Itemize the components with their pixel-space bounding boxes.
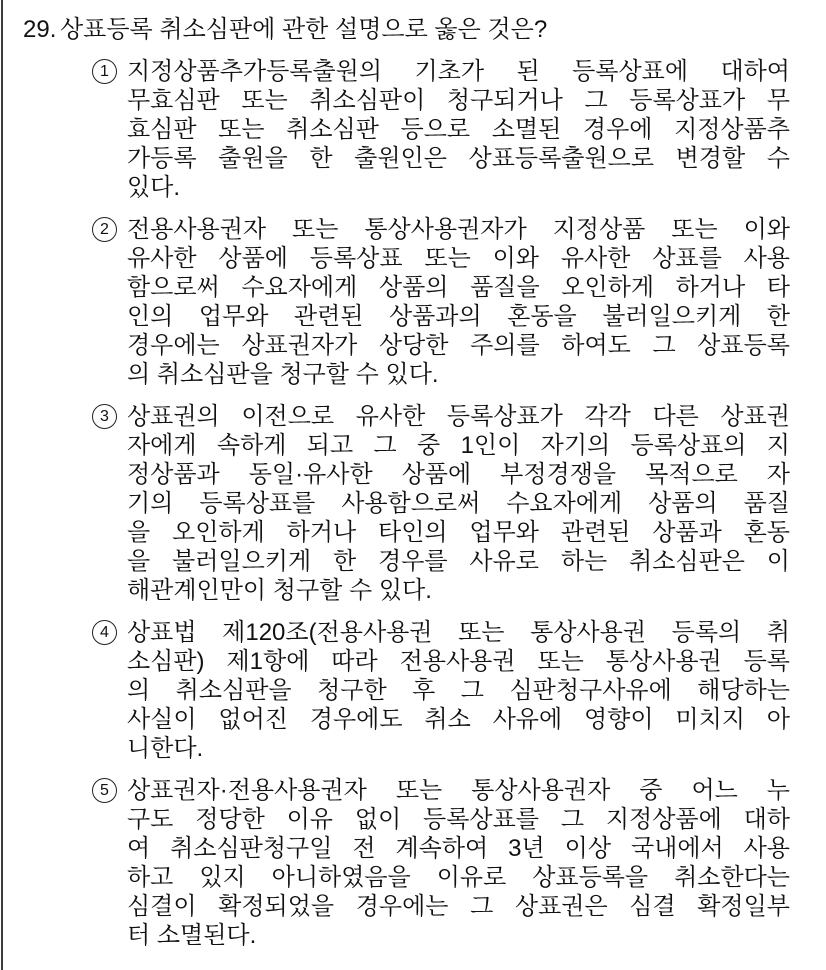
option-text-line: 무효심판 또는 취소심판이 청구되거나 그 등록상표가 무: [127, 86, 790, 115]
option-text-line: 유사한 상품에 등록상표 또는 이와 유사한 상표를 사용: [127, 244, 790, 273]
circled-number-icon: 4: [92, 620, 117, 645]
option-text-line: 하고 있지 아니하였음을 이유로 상표등록을 취소한다는: [127, 863, 790, 892]
circled-number-icon: 5: [92, 778, 117, 803]
answer-option: 2 전용사용권자 또는 통상사용권자가 지정상품 또는 이와유사한 상품에 등록…: [92, 215, 815, 389]
option-text-line: 함으로써 수요자에게 상품의 품질을 오인하게 하거나 타: [127, 273, 790, 302]
options-list: 1 지정상품추가등록출원의 기초가 된 등록상표에 대하여무효심판 또는 취소심…: [92, 57, 815, 950]
page-left-rule: [1, 0, 3, 970]
option-text-line: 가등록 출원을 한 출원인은 상표등록출원으로 변경할 수: [127, 144, 790, 173]
question-header: 29. 상표등록 취소심판에 관한 설명으로 옳은 것은?: [23, 15, 815, 45]
option-text-line: 있다.: [127, 173, 790, 202]
question-title: 상표등록 취소심판에 관한 설명으로 옳은 것은?: [60, 15, 547, 45]
option-text-line: 경우에는 상표권자가 상당한 주의를 하여도 그 상표등록: [127, 331, 790, 360]
circled-number-icon: 2: [92, 217, 117, 242]
circled-number-icon: 1: [92, 59, 117, 84]
circled-number-icon: 3: [92, 404, 117, 429]
option-text: 전용사용권자 또는 통상사용권자가 지정상품 또는 이와유사한 상품에 등록상표…: [127, 215, 790, 389]
option-text-line: 정상품과 동일·유사한 상품에 부정경쟁을 목적으로 자: [127, 460, 790, 489]
option-text-line: 상표법 제120조(전용사용권 또는 통상사용권 등록의 취: [127, 618, 790, 647]
option-text-line: 지정상품추가등록출원의 기초가 된 등록상표에 대하여: [127, 57, 790, 86]
option-text-line: 기의 등록상표를 사용함으로써 수요자에게 상품의 품질: [127, 489, 790, 518]
answer-option: 3 상표권의 이전으로 유사한 등록상표가 각각 다른 상표권자에게 속하게 되…: [92, 402, 815, 605]
option-digit: 2: [100, 222, 109, 238]
option-digit: 4: [100, 625, 109, 641]
answer-option: 1 지정상품추가등록출원의 기초가 된 등록상표에 대하여무효심판 또는 취소심…: [92, 57, 815, 202]
option-text-line: 인의 업무와 관련된 상품과의 혼동을 불러일으키게 한: [127, 302, 790, 331]
option-text-line: 의 취소심판을 청구할 수 있다.: [127, 360, 790, 389]
option-text-line: 을 불러일으키게 한 경우를 사유로 하는 취소심판은 이: [127, 547, 790, 576]
exam-question: 29. 상표등록 취소심판에 관한 설명으로 옳은 것은? 1 지정상품추가등록…: [23, 15, 815, 950]
option-text: 상표법 제120조(전용사용권 또는 통상사용권 등록의 취소심판) 제1항에 …: [127, 618, 790, 763]
option-text-line: 을 오인하게 하거나 타인의 업무와 관련된 상품과 혼동: [127, 518, 790, 547]
option-text-line: 사실이 없어진 경우에도 취소 사유에 영향이 미치지 아: [127, 705, 790, 734]
option-text-line: 니한다.: [127, 734, 790, 763]
question-number: 29.: [23, 15, 60, 45]
answer-option: 5 상표권자·전용사용권자 또는 통상사용권자 중 어느 누구도 정당한 이유 …: [92, 776, 815, 950]
option-digit: 1: [100, 64, 109, 80]
option-text: 상표권의 이전으로 유사한 등록상표가 각각 다른 상표권자에게 속하게 되고 …: [127, 402, 790, 605]
option-text-line: 상표권의 이전으로 유사한 등록상표가 각각 다른 상표권: [127, 402, 790, 431]
option-text-line: 의 취소심판을 청구한 후 그 심판청구사유에 해당하는: [127, 676, 790, 705]
option-text-line: 여 취소심판청구일 전 계속하여 3년 이상 국내에서 사용: [127, 834, 790, 863]
option-text-line: 해관계인만이 청구할 수 있다.: [127, 576, 790, 605]
option-text-line: 소심판) 제1항에 따라 전용사용권 또는 통상사용권 등록: [127, 647, 790, 676]
option-text-line: 터 소멸된다.: [127, 921, 790, 950]
option-text-line: 전용사용권자 또는 통상사용권자가 지정상품 또는 이와: [127, 215, 790, 244]
option-text-line: 구도 정당한 이유 없이 등록상표를 그 지정상품에 대하: [127, 805, 790, 834]
option-text: 상표권자·전용사용권자 또는 통상사용권자 중 어느 누구도 정당한 이유 없이…: [127, 776, 790, 950]
option-digit: 3: [100, 409, 109, 425]
option-text-line: 상표권자·전용사용권자 또는 통상사용권자 중 어느 누: [127, 776, 790, 805]
answer-option: 4 상표법 제120조(전용사용권 또는 통상사용권 등록의 취소심판) 제1항…: [92, 618, 815, 763]
option-text-line: 효심판 또는 취소심판 등으로 소멸된 경우에 지정상품추: [127, 115, 790, 144]
option-text: 지정상품추가등록출원의 기초가 된 등록상표에 대하여무효심판 또는 취소심판이…: [127, 57, 790, 202]
option-digit: 5: [100, 783, 109, 799]
option-text-line: 심결이 확정되었을 경우에는 그 상표권은 심결 확정일부: [127, 892, 790, 921]
option-text-line: 자에게 속하게 되고 그 중 1인이 자기의 등록상표의 지: [127, 431, 790, 460]
